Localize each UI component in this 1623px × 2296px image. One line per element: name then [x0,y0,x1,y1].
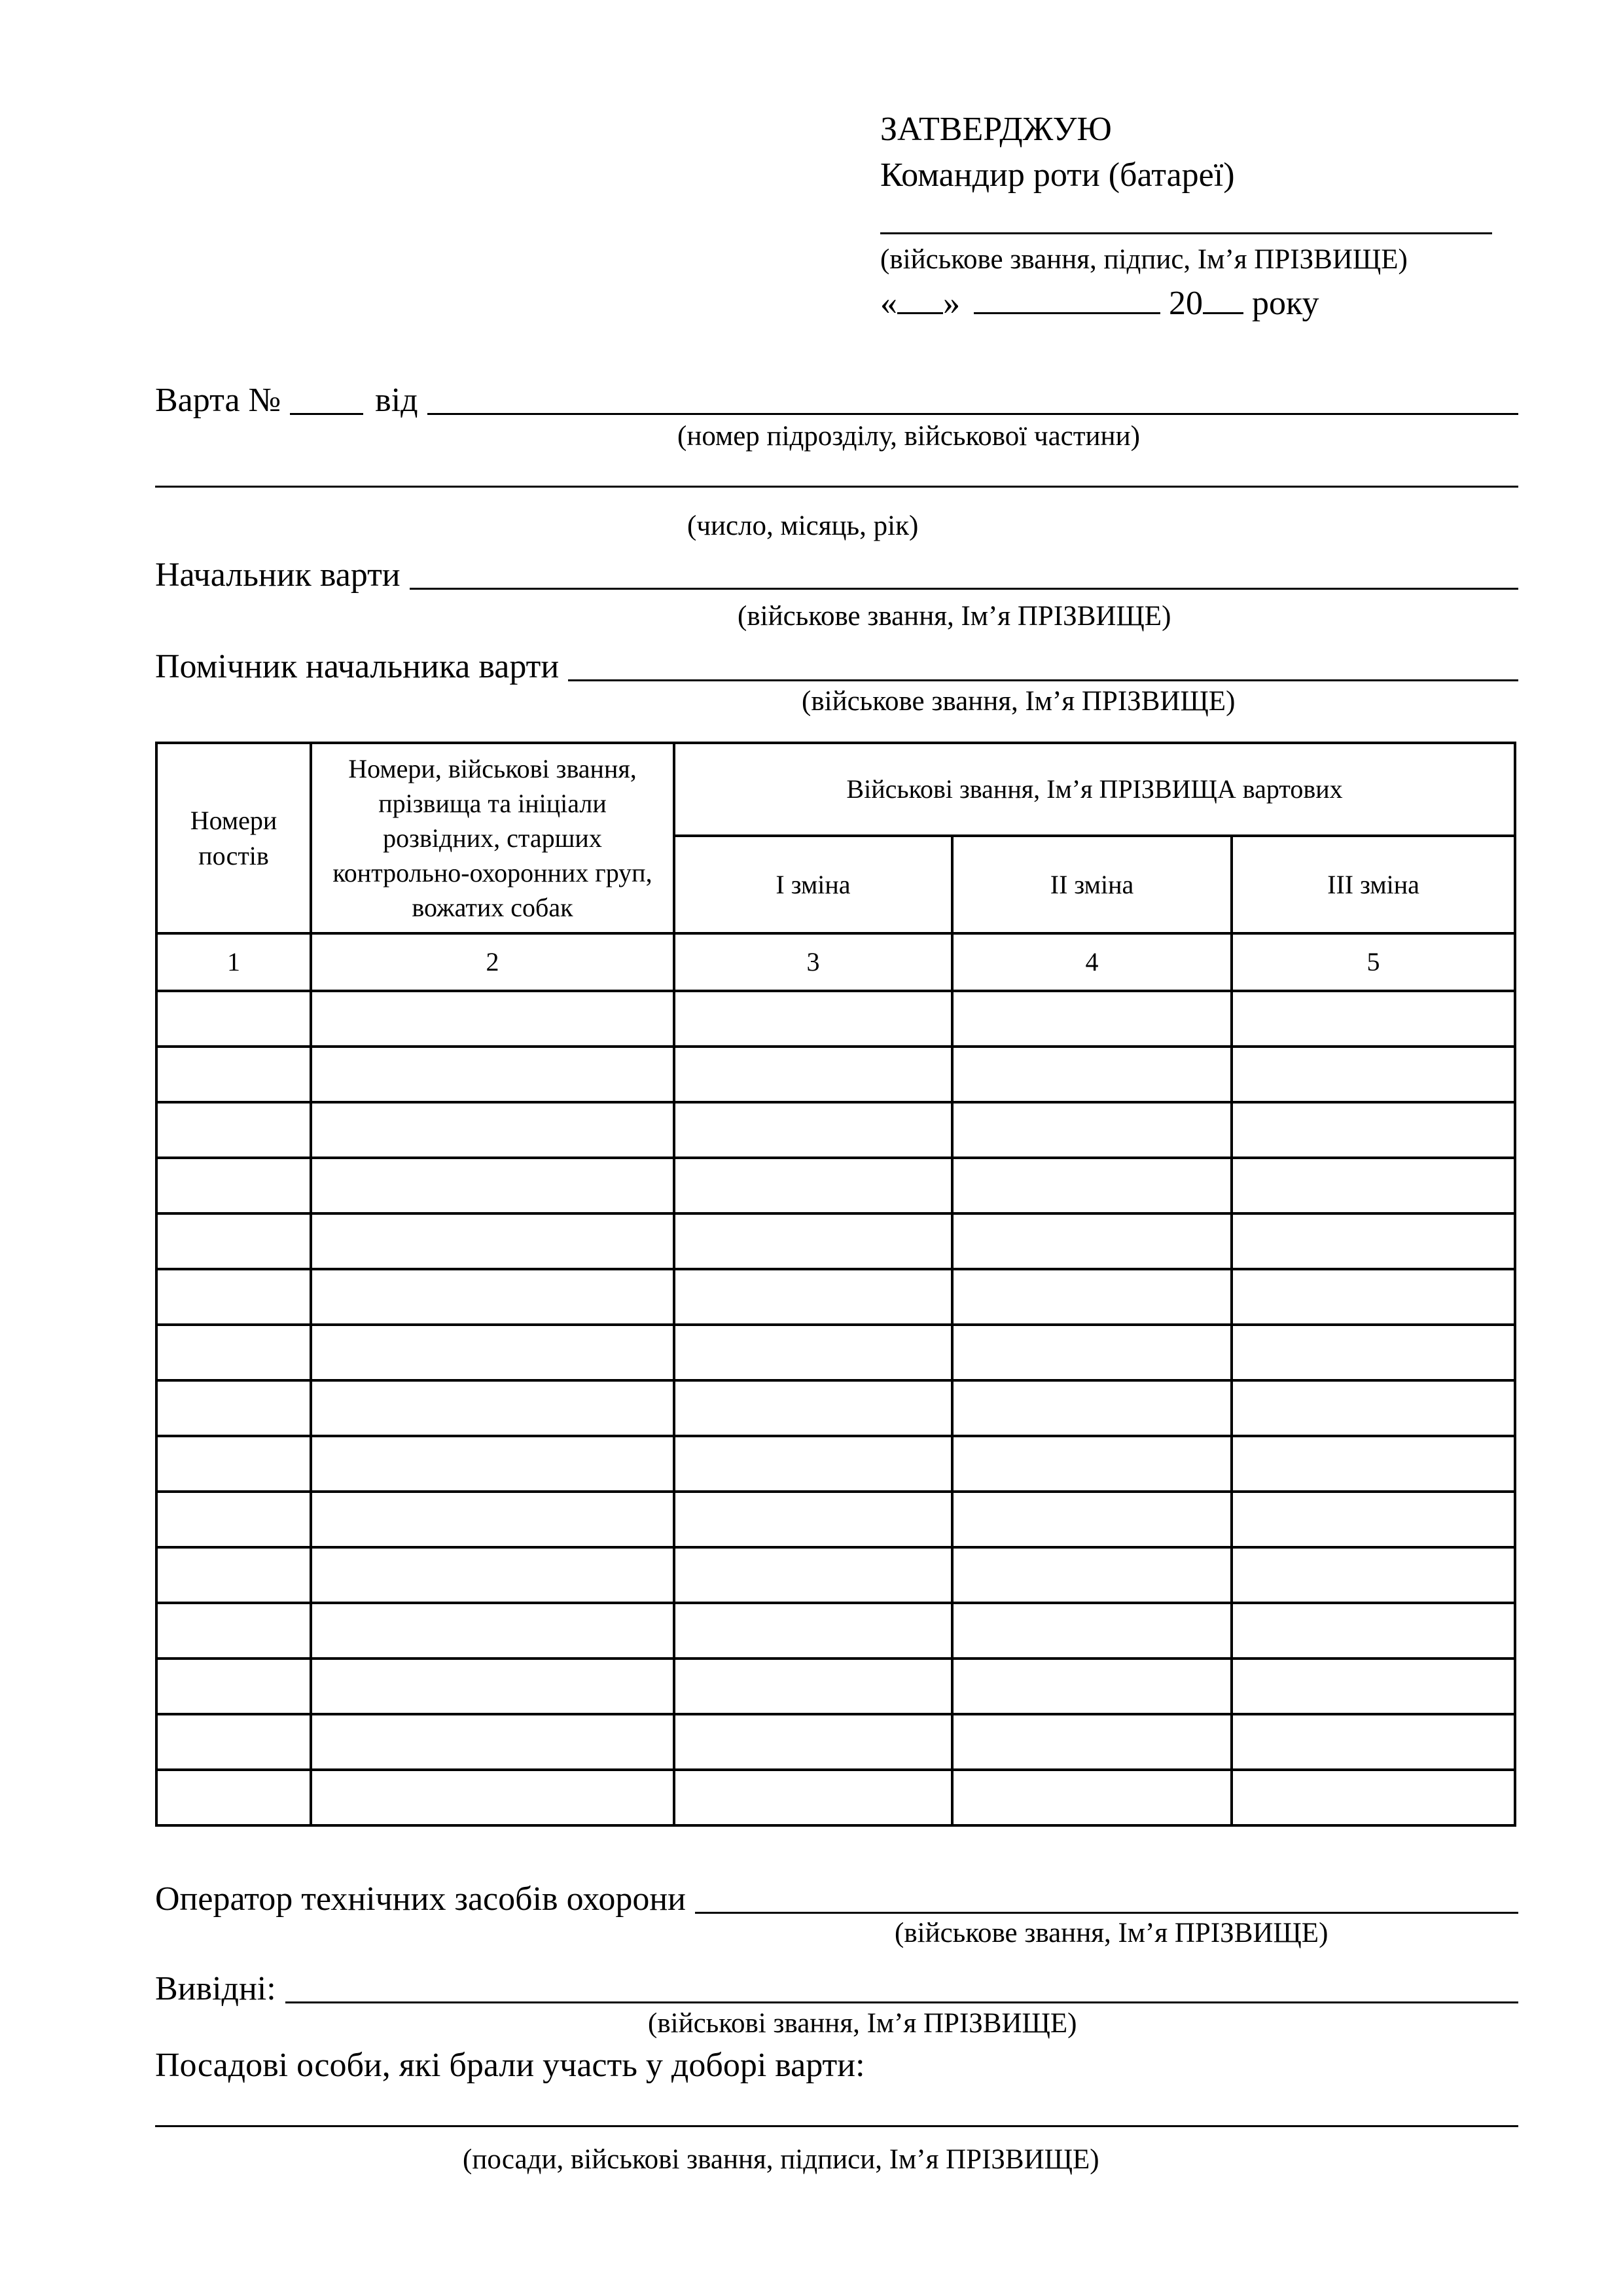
table-cell[interactable] [156,1213,311,1269]
header-shift-2: ІІ зміна [952,836,1232,933]
date-month-field[interactable] [974,312,1160,314]
approval-date: «» 20 року [880,287,1319,321]
table-cell[interactable] [952,1714,1232,1770]
table-cell[interactable] [952,1213,1232,1269]
date-caption: (число, місяць, рік) [687,512,918,540]
table-body [156,991,1515,1825]
table-cell[interactable] [952,1436,1232,1492]
operator-label: Оператор технічних засобів охорони [155,1882,695,1916]
table-cell[interactable] [952,1269,1232,1325]
table-cell[interactable] [311,1102,674,1158]
table-cell[interactable] [674,1436,952,1492]
table-cell[interactable] [156,1436,311,1492]
operator-field[interactable] [695,1912,1518,1914]
table-cell[interactable] [311,1269,674,1325]
header-escorts: Номери, військові звання, прізвища та ін… [311,743,674,933]
table-cell[interactable] [952,1659,1232,1714]
chief-field[interactable] [410,588,1518,590]
table-cell[interactable] [952,1770,1232,1825]
guard-number-field[interactable] [290,413,363,415]
table-row [156,991,1515,1047]
operator-row: Оператор технічних засобів охорони [155,1877,1518,1916]
column-number: 3 [674,933,952,991]
officials-field[interactable] [155,2125,1518,2127]
assistant-row: Помічник начальника варти [155,645,1518,684]
table-cell[interactable] [311,1714,674,1770]
table-cell[interactable] [1232,1158,1515,1213]
approval-signature-caption: (військове звання, підпис, Ім’я ПРІЗВИЩЕ… [880,245,1408,274]
assistant-caption: (військове звання, Ім’я ПРІЗВИЩЕ) [802,687,1235,715]
table-cell[interactable] [311,1770,674,1825]
table-cell[interactable] [1232,1659,1515,1714]
column-number: 2 [311,933,674,991]
date-year-prefix: 20 [1169,285,1203,322]
table-cell[interactable] [1232,1269,1515,1325]
chief-caption: (військове звання, Ім’я ПРІЗВИЩЕ) [738,602,1171,630]
table-cell[interactable] [952,991,1232,1047]
table-row [156,1269,1515,1325]
table-cell[interactable] [674,1269,952,1325]
table-cell[interactable] [1232,1102,1515,1158]
table-row [156,1603,1515,1659]
table-row [156,1158,1515,1213]
table-cell[interactable] [1232,1770,1515,1825]
column-number: 5 [1232,933,1515,991]
table-row [156,1492,1515,1547]
table-cell[interactable] [311,1547,674,1603]
officials-label: Посадові особи, які брали участь у добор… [155,2049,865,2083]
assistant-field[interactable] [568,679,1518,681]
table-cell[interactable] [156,1492,311,1547]
table-cell[interactable] [311,991,674,1047]
table-cell[interactable] [156,1714,311,1770]
table-cell[interactable] [674,991,952,1047]
table-cell[interactable] [1232,1492,1515,1547]
guard-from-label: від [375,384,427,418]
table-cell[interactable] [952,1102,1232,1158]
column-number: 4 [952,933,1232,991]
approval-position: Командир роти (батареї) [880,158,1235,192]
date-day-field[interactable] [897,312,943,314]
header-sentries: Військові звання, Ім’я ПРІЗВИЩА вартових [674,743,1515,836]
outgoing-caption: (військові звання, Ім’я ПРІЗВИЩЕ) [648,2009,1077,2037]
chief-label: Начальник варти [155,558,410,592]
date-open-quote: « [880,285,897,322]
unit-caption: (номер підрозділу, військової частини) [677,422,1140,450]
table-cell[interactable] [156,1269,311,1325]
guard-table: Номери постів Номери, військові звання, … [155,742,1516,1827]
table-cell[interactable] [1232,1436,1515,1492]
table-cell[interactable] [674,1770,952,1825]
table-cell[interactable] [311,1047,674,1102]
table-row [156,1213,1515,1269]
table-row [156,1770,1515,1825]
table-cell[interactable] [952,1492,1232,1547]
table-row [156,1102,1515,1158]
guard-number-row: Варта № від [155,378,1518,418]
table-cell[interactable] [674,1547,952,1603]
table-cell[interactable] [156,1102,311,1158]
table-row [156,1547,1515,1603]
table-cell[interactable] [952,1547,1232,1603]
table-cell[interactable] [674,1492,952,1547]
table-cell[interactable] [311,1492,674,1547]
outgoing-row: Вивідні: [155,1967,1518,2006]
table-cell[interactable] [311,1158,674,1213]
table-cell[interactable] [1232,991,1515,1047]
table-row [156,1047,1515,1102]
date-year-field[interactable] [1203,312,1243,314]
outgoing-label: Вивідні: [155,1972,285,2006]
table-cell[interactable] [156,1770,311,1825]
table-cell[interactable] [674,1603,952,1659]
header-shift-3: ІІІ зміна [1232,836,1515,933]
table-cell[interactable] [1232,1547,1515,1603]
date-field[interactable] [155,486,1518,488]
table-row [156,1436,1515,1492]
date-year-suffix: року [1252,285,1319,322]
table-cell[interactable] [311,1436,674,1492]
table-cell[interactable] [156,1380,311,1436]
table-cell[interactable] [952,1158,1232,1213]
table-cell[interactable] [156,1659,311,1714]
table-cell[interactable] [311,1325,674,1380]
table-cell[interactable] [952,1325,1232,1380]
guard-number-label: Варта № [155,384,290,418]
unit-field[interactable] [427,413,1518,415]
operator-caption: (військове звання, Ім’я ПРІЗВИЩЕ) [895,1919,1328,1947]
table-cell[interactable] [952,1603,1232,1659]
table-cell[interactable] [674,1325,952,1380]
table-cell[interactable] [674,1659,952,1714]
officials-caption: (посади, військові звання, підписи, Ім’я… [463,2145,1099,2174]
table-row [156,1380,1515,1436]
table-cell[interactable] [674,1380,952,1436]
table-cell[interactable] [1232,1380,1515,1436]
table-cell[interactable] [1232,1714,1515,1770]
header-shift-1: І зміна [674,836,952,933]
date-close-quote: » [943,285,960,322]
table-cell[interactable] [1232,1325,1515,1380]
approval-signature-line[interactable] [880,232,1492,234]
table-cell[interactable] [952,1047,1232,1102]
table-cell[interactable] [156,1547,311,1603]
table-cell[interactable] [311,1380,674,1436]
table-row [156,1325,1515,1380]
table-cell[interactable] [156,1325,311,1380]
table-cell[interactable] [674,1158,952,1213]
table-cell[interactable] [156,991,311,1047]
table-cell[interactable] [1232,1213,1515,1269]
column-number: 1 [156,933,311,991]
table-cell[interactable] [156,1047,311,1102]
table-cell[interactable] [952,1380,1232,1436]
table-cell[interactable] [311,1213,674,1269]
assistant-label: Помічник начальника варти [155,650,568,684]
table-cell[interactable] [156,1158,311,1213]
header-post-numbers: Номери постів [156,743,311,933]
table-cell[interactable] [1232,1603,1515,1659]
chief-row: Начальник варти [155,553,1518,592]
table-cell[interactable] [674,1714,952,1770]
table-cell[interactable] [156,1603,311,1659]
table-cell[interactable] [674,1213,952,1269]
table-cell[interactable] [311,1659,674,1714]
table-row [156,1714,1515,1770]
table-cell[interactable] [674,1102,952,1158]
table-cell[interactable] [674,1047,952,1102]
table-cell[interactable] [1232,1047,1515,1102]
table-cell[interactable] [311,1603,674,1659]
table-row [156,1659,1515,1714]
outgoing-field[interactable] [285,2001,1518,2003]
approval-title: ЗАТВЕРДЖУЮ [880,113,1112,147]
